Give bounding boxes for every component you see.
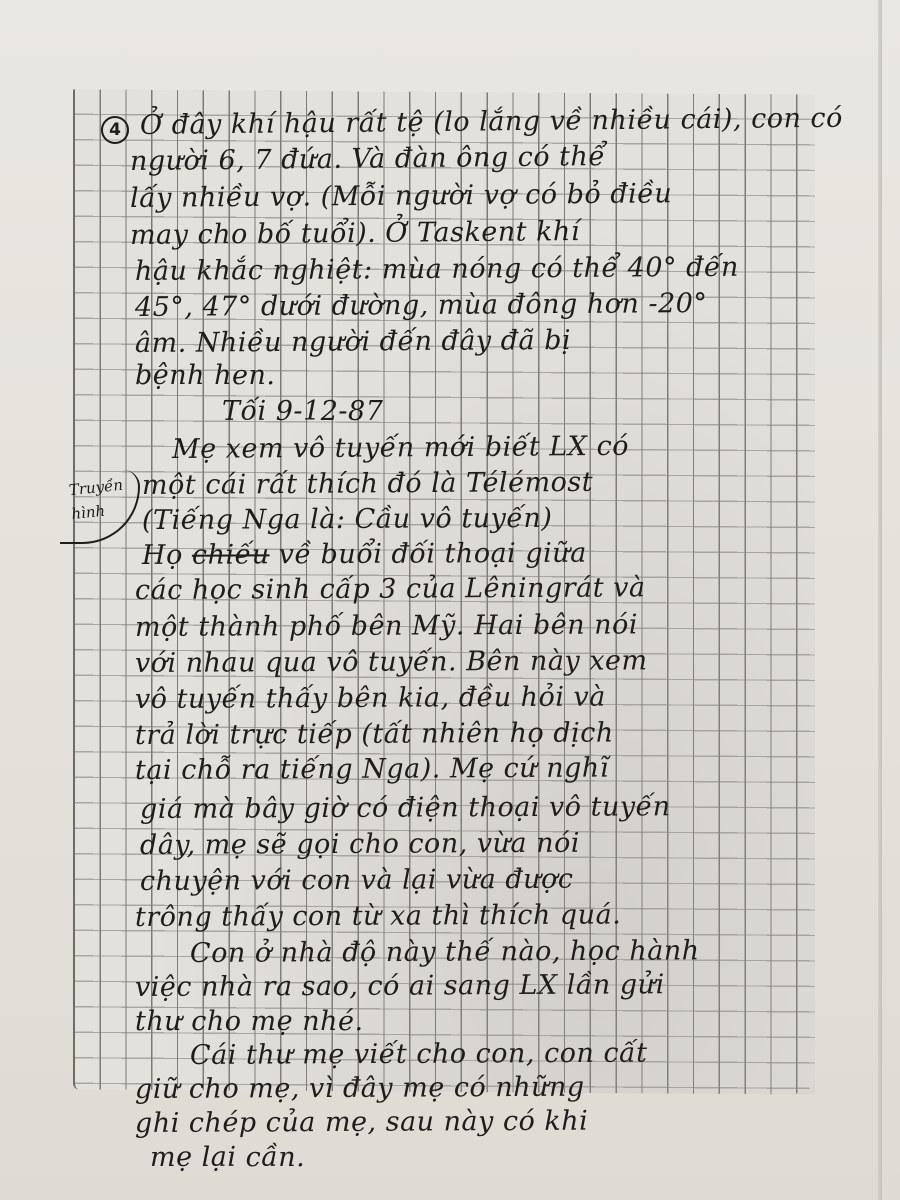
handwritten-line: chuyện với con và lại vừa được — [140, 864, 574, 897]
handwritten-line: dây, mẹ sẽ gọi cho con, vừa nói — [140, 828, 580, 861]
handwritten-line: tại chỗ ra tiếng Nga). Mẹ cứ nghĩ — [135, 753, 609, 786]
handwritten-line: các học sinh cấp 3 của Lêningrát và — [135, 572, 646, 606]
struck-out-word: chiếu — [192, 539, 270, 570]
handwritten-line-with-strikeout: Họ chiếu về buổi đối thoại giữa — [142, 538, 587, 571]
line-prefix: Họ — [142, 540, 183, 571]
handwritten-line: trả lời trực tiếp (tất nhiên họ dịch — [135, 717, 614, 751]
handwritten-line: hậu khắc nghiệt: mùa nóng có thể 40° đến — [135, 252, 739, 287]
handwritten-line: mẹ lại cần. — [150, 1142, 305, 1173]
line-suffix: về buổi đối thoại giữa — [279, 538, 587, 571]
handwritten-line: giữ cho mẹ, vì đây mẹ có những — [135, 1072, 585, 1105]
handwritten-line: trông thấy con từ xa thì thích quá. — [135, 899, 621, 933]
handwritten-line: (Tiếng Nga là: Cầu vô tuyến) — [142, 503, 553, 536]
handwritten-line: lấy nhiều vợ. (Mỗi người vợ có bỏ điều — [130, 178, 672, 214]
entry-number-circle: 4 — [101, 116, 129, 144]
handwritten-line: ghi chép của mẹ, sau này có khi — [135, 1106, 588, 1139]
handwritten-line: bệnh hen. — [135, 360, 275, 391]
handwritten-line: Cái thư mẹ viết cho con, con cất — [190, 1038, 648, 1071]
handwritten-line: với nhau qua vô tuyến. Bên này xem — [135, 645, 648, 679]
handwritten-line: việc nhà ra sao, có ai sang LX lần gửi — [135, 969, 665, 1003]
handwritten-line: thư cho mẹ nhé. — [135, 1006, 364, 1037]
date-heading: Tối 9-12-87 — [222, 396, 383, 427]
handwritten-line: Mẹ xem vô tuyến mới biết LX có — [172, 431, 629, 465]
handwritten-line: một cái rất thích đó là Télémost — [142, 467, 593, 501]
handwritten-line: âm. Nhiều người đến đây đã bị — [135, 325, 571, 359]
handwritten-line: một thành phố bên Mỹ. Hai bên nói — [135, 609, 638, 643]
handwritten-line: 45°, 47° dưới đường, mùa đông hơn -20° — [135, 288, 708, 323]
handwritten-line: Con ở nhà độ này thế nào, học hành — [190, 935, 700, 969]
handwritten-text-area: 4 Ở đây khí hậu rất tệ (lo lắng về nhiều… — [0, 0, 900, 1200]
handwritten-line: người 6, 7 đứa. Và đàn ông có thể — [130, 141, 606, 177]
handwritten-line: Ở đây khí hậu rất tệ (lo lắng về nhiều c… — [140, 103, 843, 141]
margin-note: Truyền hình — [68, 472, 135, 526]
handwritten-line: giá mà bây giờ có điện thoại vô tuyến — [140, 791, 671, 825]
handwritten-line: may cho bố tuổi). Ở Taskent khí — [130, 216, 580, 251]
handwritten-line: vô tuyến thấy bên kia, đều hỏi và — [135, 682, 606, 715]
